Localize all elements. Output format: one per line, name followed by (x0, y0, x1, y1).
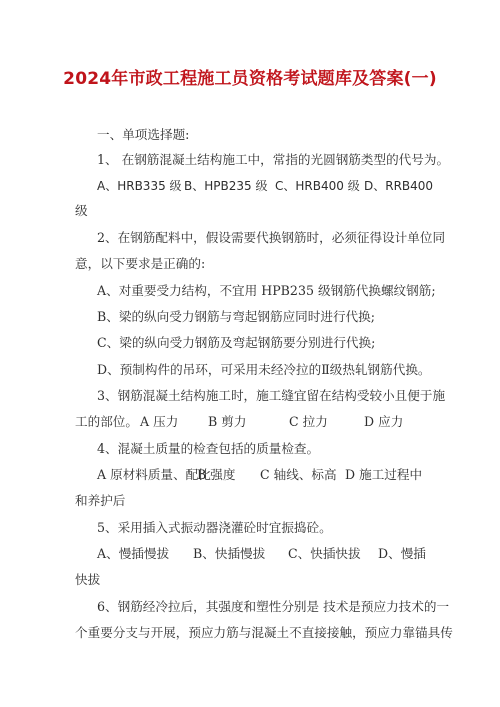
question-2-stem-line-1: 2、在钢筋配料中，假设需要代换钢筋时，必须征得设计单位同 (97, 230, 445, 246)
question-5-option-d-wrap: 快拔 (75, 572, 100, 588)
question-4-option-d-wrap: 和养护后 (75, 493, 125, 509)
question-6-stem-line-1: 6、钢筋经冷拉后，其强度和塑性分别是 技术是预应力技术的一 (97, 599, 449, 615)
question-2-stem-line-2: 意，以下要求是正确的: (75, 256, 205, 272)
question-1-option-a: A、HRB335 级 (97, 178, 184, 194)
question-1-option-d-wrap: 级 (75, 203, 88, 219)
question-4-option-b: B 强度 (197, 467, 260, 483)
question-3-stem-line-2-with-options: 工的部位。A 压力B 剪力C 拉力D 应力 (75, 414, 403, 430)
question-4-options: A 原材料质量、配比B 强度C 轴线、标高D 施工过程中 (97, 467, 422, 483)
question-5-stem: 5、采用插入式振动器浇灌砼时宜振捣砼。 (97, 520, 332, 536)
question-2-option-c: C、梁的纵向受力钢筋及弯起钢筋要分别进行代换; (97, 335, 375, 351)
question-5-option-b: B、快插慢拔 (193, 546, 288, 562)
question-6-stem-line-2: 个重要分支与开展，预应力筋与混凝土不直接接触，预应力靠锚具传 (75, 625, 453, 641)
question-3-option-b: B 剪力 (208, 414, 289, 430)
question-2-option-b: B、梁的纵向受力钢筋与弯起钢筋应同时进行代换; (97, 309, 375, 325)
question-1-stem: 1、 在钢筋混凝土结构施工中，常指的光圆钢筋类型的代号为。 (97, 152, 449, 168)
question-4-option-c: C 轴线、标高 (260, 467, 345, 483)
question-4-option-a: A 原材料质量、配比 (97, 467, 197, 483)
question-3-stem-line-1: 3、钢筋混凝土结构施工时，施工缝宜留在结构受较小且便于施 (97, 388, 445, 404)
question-5-option-d: D、慢插 (378, 546, 426, 562)
question-1-option-d: D、RRB400 (364, 178, 433, 194)
question-3-option-c: C 拉力 (289, 414, 364, 430)
document-page: 2024年市政工程施工员资格考试题库及答案(一) 一、单项选择题: 1、 在钢筋… (0, 0, 500, 707)
question-3-option-d: D 应力 (364, 414, 403, 430)
question-1-options: A、HRB335 级B、HPB235 级C、HRB400 级D、RRB400 (97, 178, 433, 194)
question-4-stem: 4、混凝土质量的检查包括的质量检查。 (97, 441, 319, 457)
question-3-option-a: A 压力 (140, 414, 208, 430)
question-3-stem-tail: 工的部位。 (75, 414, 140, 430)
question-1-option-b: B、HPB235 级 (184, 178, 275, 194)
question-5-option-c: C、快插快拔 (288, 546, 378, 562)
question-5-options: A、慢插慢拔B、快插慢拔C、快插快拔D、慢插 (97, 546, 426, 562)
question-4-option-d: D 施工过程中 (345, 467, 422, 483)
section-heading: 一、单项选择题: (97, 127, 189, 143)
question-2-option-a: A、对重要受力结构，不宜用 HPB235 级钢筋代换螺纹钢筋; (97, 283, 436, 299)
question-1-option-c: C、HRB400 级 (275, 178, 364, 194)
document-title: 2024年市政工程施工员资格考试题库及答案(一) (0, 64, 500, 89)
question-5-option-a: A、慢插慢拔 (97, 546, 193, 562)
question-2-option-d: D、预制构件的吊环，可采用未经冷拉的Ⅱ级热轧钢筋代换。 (97, 362, 431, 378)
